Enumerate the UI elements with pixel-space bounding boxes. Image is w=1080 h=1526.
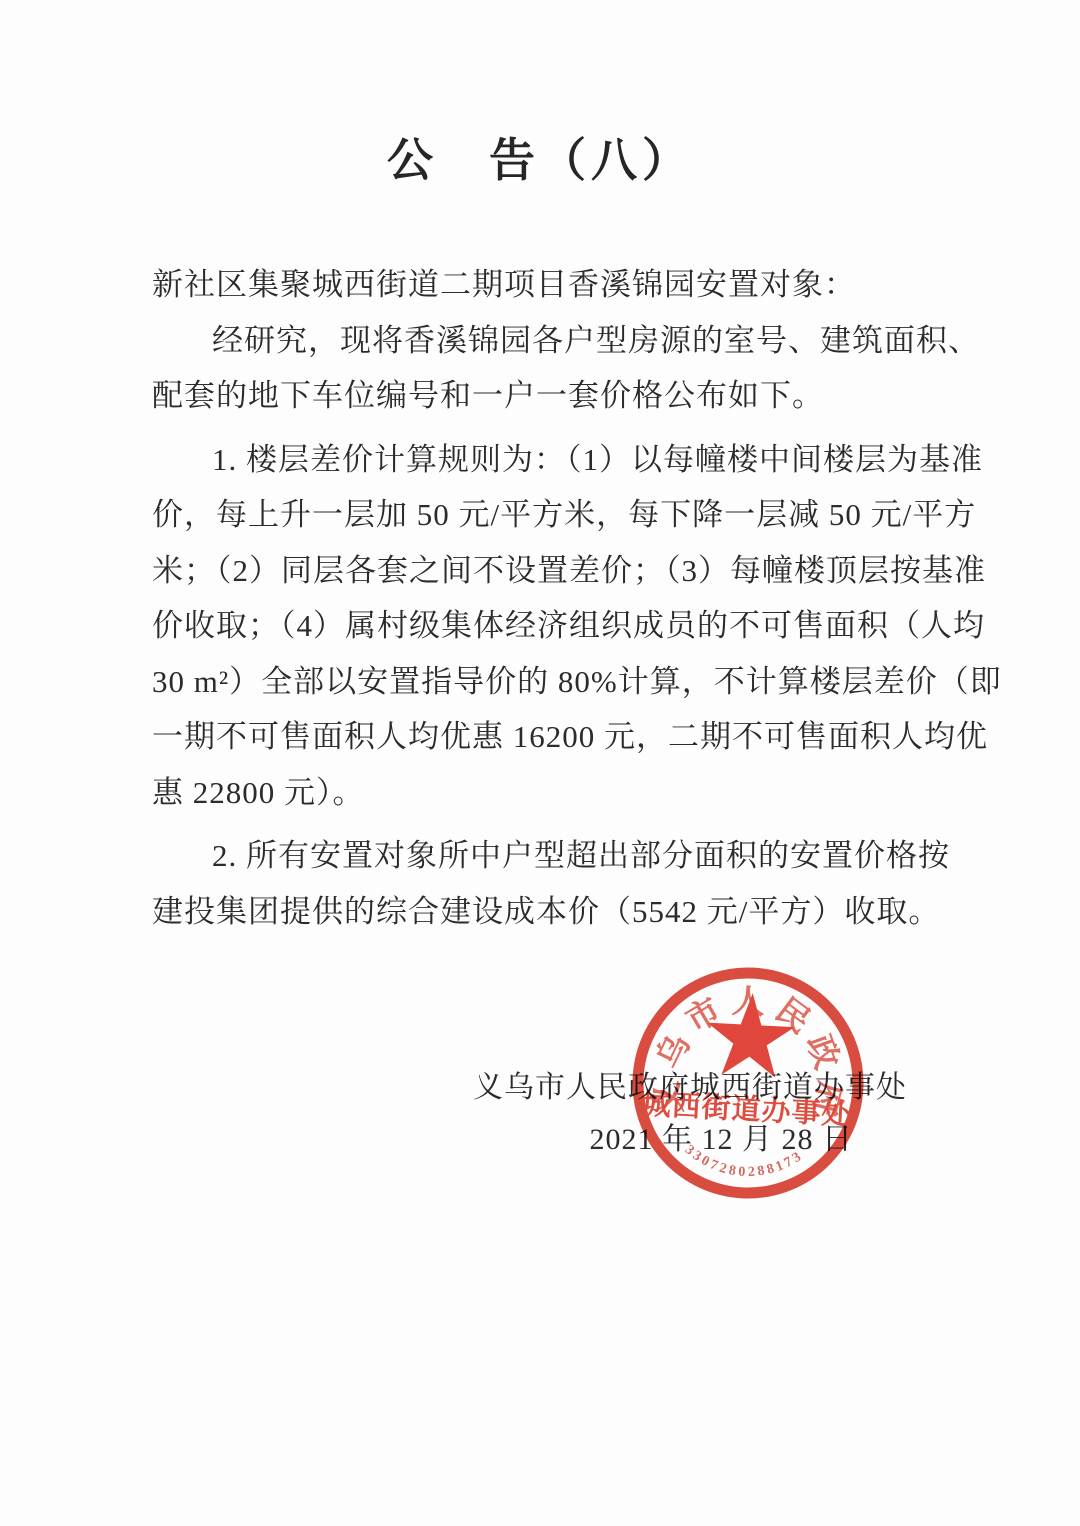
body-line: 30 m²）全部以安置指导价的 80%计算，不计算楼层差价（即	[152, 654, 944, 710]
issue-date: 2021 年 12 月 28 日	[590, 1114, 854, 1158]
body-line: 建投集团提供的综合建设成本价（5542 元/平方）收取。	[152, 884, 944, 940]
body-line: 价收取；（4）属村级集体经济组织成员的不可售面积（人均	[152, 598, 944, 654]
body-line: 配套的地下车位编号和一户一套价格公布如下。	[152, 368, 944, 424]
body-line: 2. 所有安置对象所中户型超出部分面积的安置价格按	[152, 828, 944, 884]
notice-body: 新社区集聚城西街道二期项目香溪锦园安置对象： 经研究，现将香溪锦园各户型房源的室…	[152, 257, 944, 939]
body-line: 新社区集聚城西街道二期项目香溪锦园安置对象：	[152, 257, 944, 313]
notice-page: 公 告（八） 新社区集聚城西街道二期项目香溪锦园安置对象： 经研究，现将香溪锦园…	[0, 0, 1080, 1526]
body-line: 价，每上升一层加 50 元/平方米，每下降一层减 50 元/平方	[152, 487, 944, 543]
issuer-signature: 义乌市人民政府城西街道办事处	[473, 1062, 907, 1106]
body-line: 经研究，现将香溪锦园各户型房源的室号、建筑面积、	[152, 313, 944, 369]
body-line: 米；（2）同层各套之间不设置差价；（3）每幢楼顶层按基准	[152, 543, 944, 599]
body-line: 惠 22800 元）。	[152, 765, 944, 821]
body-line: 一期不可售面积人均优惠 16200 元，二期不可售面积人均优	[152, 709, 944, 765]
notice-title: 公 告（八）	[0, 124, 1080, 190]
body-line: 1. 楼层差价计算规则为：（1）以每幢楼中间楼层为基准	[152, 432, 944, 488]
